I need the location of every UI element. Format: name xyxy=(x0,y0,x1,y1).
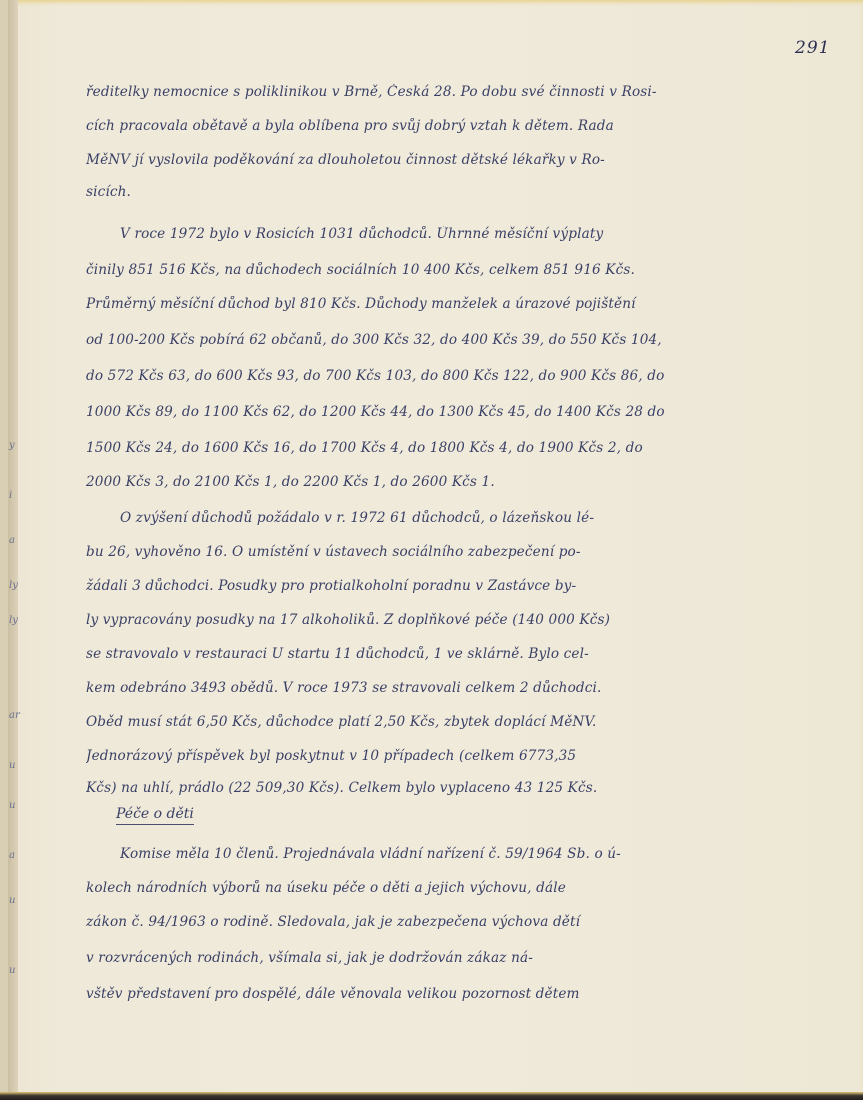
adjacent-page-edge: y i a ly ly ar u u a u u xyxy=(8,0,18,1092)
text-line: žádali 3 důchodci. Posudky pro protialko… xyxy=(86,578,792,594)
margin-mark: ly xyxy=(9,580,18,591)
text-line: činily 851 516 Kčs, na důchodech sociáln… xyxy=(86,262,792,278)
text-line: ly vypracovány posudky na 17 alkoholiků.… xyxy=(86,612,792,628)
text-line: v rozvrácených rodinách, všímala si, jak… xyxy=(86,950,792,966)
margin-mark: ly xyxy=(9,615,18,626)
margin-mark: ar xyxy=(9,710,20,721)
text-line: Kčs) na uhlí, prádlo (22 509,30 Kčs). Ce… xyxy=(86,780,792,796)
text-line: Komise měla 10 členů. Projednávala vládn… xyxy=(120,846,792,862)
text-line: sicích. xyxy=(86,184,792,200)
margin-mark: u xyxy=(9,965,15,976)
text-line: se stravovalo v restauraci U startu 11 d… xyxy=(86,646,792,662)
margin-mark: a xyxy=(9,535,15,546)
text-line: V roce 1972 bylo v Rosicích 1031 důchodc… xyxy=(120,226,792,242)
text-line: Oběd musí stát 6,50 Kčs, důchodce platí … xyxy=(86,714,792,730)
text-line: vštěv představení pro dospělé, dále věno… xyxy=(86,986,792,1002)
text-line: 1500 Kčs 24, do 1600 Kčs 16, do 1700 Kčs… xyxy=(86,440,792,456)
text-line: zákon č. 94/1963 o rodině. Sledovala, ja… xyxy=(86,914,792,930)
margin-mark: a xyxy=(9,850,15,861)
text-line: 2000 Kčs 3, do 2100 Kčs 1, do 2200 Kčs 1… xyxy=(86,474,792,490)
margin-mark: i xyxy=(9,490,12,501)
margin-mark: u xyxy=(9,760,15,771)
page-number: 291 xyxy=(795,38,830,58)
text-line: Průměrný měsíční důchod byl 810 Kčs. Důc… xyxy=(86,296,792,312)
text-line: do 572 Kčs 63, do 600 Kčs 93, do 700 Kčs… xyxy=(86,368,792,384)
adjacent-page-marks: y i a ly ly ar u u a u u xyxy=(8,420,18,980)
text-line: od 100-200 Kčs pobírá 62 občanů, do 300 … xyxy=(86,332,792,348)
text-line: bu 26, vyhověno 16. O umístění v ústavec… xyxy=(86,544,792,560)
text-line: kolech národních výborů na úseku péče o … xyxy=(86,880,792,896)
text-line: Jednorázový příspěvek byl poskytnut v 10… xyxy=(86,748,792,764)
text-line: cích pracovala obětavě a byla oblíbena p… xyxy=(86,118,792,134)
margin-mark: u xyxy=(9,800,15,811)
text-line: MěNV jí vyslovila poděkování za dlouhole… xyxy=(86,152,792,168)
text-line: ředitelky nemocnice s poliklinikou v Brn… xyxy=(86,84,792,100)
text-line: 1000 Kčs 89, do 1100 Kčs 62, do 1200 Kčs… xyxy=(86,404,792,420)
section-heading: Péče o děti xyxy=(116,806,194,825)
document-page: y i a ly ly ar u u a u u 291 ředitelky n… xyxy=(8,0,863,1092)
book-bottom-edge xyxy=(0,1092,863,1100)
margin-mark: y xyxy=(9,440,15,451)
text-line: O zvýšení důchodů požádalo v r. 1972 61 … xyxy=(120,510,792,526)
text-line: kem odebráno 3493 obědů. V roce 1973 se … xyxy=(86,680,792,696)
margin-mark: u xyxy=(9,895,15,906)
